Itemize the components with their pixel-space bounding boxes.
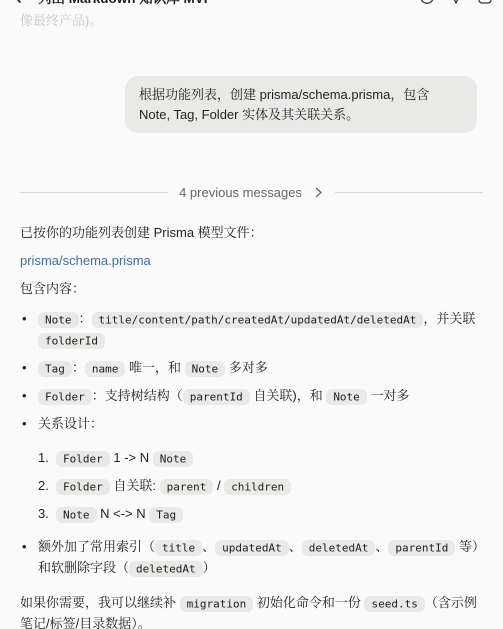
text-run: 包含内容： (20, 281, 85, 296)
assistant-paragraph: 如果你需要，我可以继续补 migration 初始化命令和一份 seed.ts（… (20, 593, 483, 629)
conversation-title: 列出 Markdown 知识库 MVP (38, 0, 419, 7)
inline-code-chip: name (85, 361, 126, 377)
text-run: 、 (289, 539, 302, 554)
text-run: ： (72, 360, 85, 375)
inline-code-chip: seed.ts (364, 596, 424, 612)
star-icon[interactable] (448, 0, 464, 5)
inline-code-chip: migration (180, 596, 254, 612)
user-message-bubble: 根据功能列表，创建 prisma/schema.prisma，包含 Note, … (125, 76, 477, 133)
user-message-row: 根据功能列表，创建 prisma/schema.prisma，包含 Note, … (0, 76, 503, 133)
list-item: Note：title/content/path/createdAt/update… (20, 309, 483, 351)
assistant-paragraph: prisma/schema.prisma (20, 251, 483, 271)
text-run: 、 (375, 539, 388, 554)
bullet-list: Note：title/content/path/createdAt/update… (20, 309, 483, 579)
compose-icon[interactable] (477, 0, 493, 5)
divider-line-right (335, 192, 483, 193)
inline-code-chip: children (224, 479, 291, 495)
inline-code-chip: Tag (38, 361, 72, 377)
inline-code-chip: Note (38, 312, 79, 328)
text-run: / (213, 478, 224, 493)
top-toolbar: 列出 Markdown 知识库 MVP (0, 0, 503, 8)
file-link[interactable]: prisma/schema.prisma (20, 253, 151, 268)
text-run: ： (79, 311, 92, 326)
assistant-paragraph: 已按你的功能列表创建 Prisma 模型文件： (20, 223, 483, 243)
text-run: N <-> N (97, 506, 150, 521)
inline-code-chip: updatedAt (215, 540, 289, 556)
text-run: 1 -> N (110, 450, 153, 465)
inline-code-chip: Note (326, 389, 367, 405)
list-number: 1. (38, 448, 56, 468)
text-run: ，并关联 (423, 311, 475, 326)
text-run: 自关联)，和 (250, 388, 327, 403)
text-run: ：支持树结构（ (92, 388, 183, 403)
inline-code-chip: deletedAt (302, 540, 376, 556)
inline-code-chip: Note (153, 451, 194, 467)
list-item: Folder：支持树结构（parentId 自关联)，和 Note 一对多 (20, 386, 483, 407)
inline-code-chip: Folder (38, 389, 92, 405)
previous-messages-label: 4 previous messages (179, 185, 302, 200)
list-item-content: 关系设计： (38, 416, 103, 431)
toolbar-row: 列出 Markdown 知识库 MVP (0, 0, 503, 8)
inline-code-chip: deletedAt (129, 561, 203, 577)
text-run: 额外加了常用索引（ (38, 539, 155, 554)
inline-code-chip: Note (56, 507, 97, 523)
chat-window: 列出 Markdown 知识库 MVP 像最终产品)。 根据功能列表，创建 pr… (0, 0, 503, 629)
list-item: 额外加了常用索引（title、updatedAt、deletedAt、paren… (20, 537, 483, 579)
chevron-right-icon (313, 187, 324, 198)
inline-code-chip: Note (185, 361, 226, 377)
list-item: Tag：name 唯一，和 Note 多对多 (20, 358, 483, 379)
inline-code-chip: parentId (388, 540, 455, 556)
list-item-content: Note：title/content/path/createdAt/update… (38, 311, 475, 347)
numbered-list: 1.Folder 1 -> N Note2.Folder 自关联: parent… (38, 448, 483, 525)
text-run: 一对多 (367, 388, 410, 403)
text-run: 多对多 (225, 360, 268, 375)
text-run: 自关联: (110, 478, 160, 493)
list-item: 关系设计：1.Folder 1 -> N Note2.Folder 自关联: p… (20, 414, 483, 525)
inline-code-chip: parent (160, 479, 214, 495)
inline-code-chip: Folder (56, 479, 110, 495)
inline-code-chip: folderId (38, 333, 105, 349)
inline-code-chip: title/content/path/createdAt/updatedAt/d… (92, 312, 424, 328)
text-run: 已按你的功能列表创建 Prisma 模型文件： (20, 225, 263, 240)
truncated-previous-text: 像最终产品)。 (20, 12, 483, 30)
inline-code-chip: title (155, 540, 202, 556)
clock-history-icon[interactable] (419, 0, 435, 5)
inline-code-chip: Folder (56, 451, 110, 467)
text-run: 初始化命令和一份 (253, 595, 364, 610)
divider-line-left (20, 192, 168, 193)
toolbar-icons (419, 0, 493, 5)
list-item-content: 额外加了常用索引（title、updatedAt、deletedAt、paren… (38, 539, 479, 575)
numbered-list-item: 3.Note N <-> N Tag (38, 504, 483, 525)
list-number: 2. (38, 476, 56, 496)
inline-code-chip: Tag (149, 507, 183, 523)
list-item-content: Tag：name 唯一，和 Note 多对多 (38, 360, 268, 375)
numbered-list-item: 1.Folder 1 -> N Note (38, 448, 483, 469)
text-run: 如果你需要，我可以继续补 (20, 595, 180, 610)
previous-messages-divider[interactable]: 4 previous messages (0, 185, 503, 200)
list-number: 3. (38, 504, 56, 524)
text-run: 关系设计： (38, 416, 103, 431)
text-run: ） (203, 560, 216, 575)
text-run: 唯一，和 (125, 360, 184, 375)
text-run: 、 (202, 539, 215, 554)
back-icon[interactable] (10, 0, 26, 5)
numbered-list-item: 2.Folder 自关联: parent / children (38, 476, 483, 497)
assistant-paragraph: 包含内容： (20, 279, 483, 299)
inline-code-chip: parentId (183, 389, 250, 405)
assistant-message: 已按你的功能列表创建 Prisma 模型文件：prisma/schema.pri… (0, 223, 503, 629)
list-item-content: Folder：支持树结构（parentId 自关联)，和 Note 一对多 (38, 388, 409, 403)
